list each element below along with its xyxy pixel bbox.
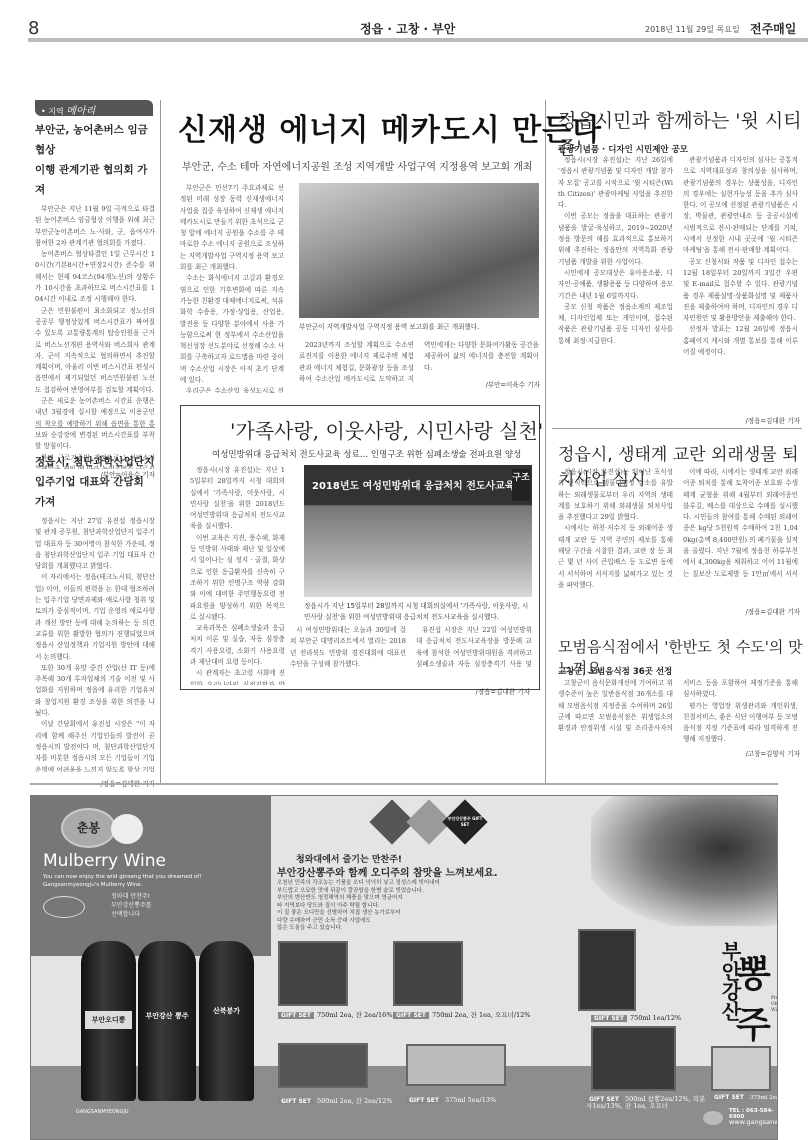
gift-set-3-label: GIFT SET750ml 1ea/12% [591,1014,681,1022]
premium-label: Premium Ohdi Wine [771,996,778,1014]
column-divider [160,100,161,785]
boxed-subheadline: 여성민방위대 응급처치 전도사교육 성료… 인명구조 위한 심폐소생술 전파요원… [212,448,521,460]
divider [35,427,155,428]
gift-set-1-label: GIFT SET750ml 2ea, 잔 2ea/16% [278,1010,393,1019]
ad-website-link[interactable]: www.gangsanwine.com [729,1118,778,1126]
kicker-italic: 메아리 [66,106,95,117]
ad-left-blurb: 청와대 만찬주! 부안강산뽕주를 선택합니다 [111,892,152,919]
training-banner: 2018년도 여성민방위대 응급처치 전도사교육 [312,477,515,492]
gift-set-7-label: GIFT SET375ml 2ea/13% [711,1094,778,1101]
gift-set-6-label: GIFT SET500ml 참뽕2ea/12%, 복분자1ea/13%, 잔 1… [586,1096,706,1110]
right-subheadline: 고창군, 모범음식점 36곳 선정 [558,665,672,677]
boxed-headline: '가족사랑, 이웃사랑, 시민사랑 실천' [230,415,543,444]
wine-bottle: 산북봉가 [199,941,254,1101]
blue-house-emblem-icon [43,896,85,918]
mulberry-fruit-image [591,796,778,926]
headline-line2: 이행 관계기관 협의회 가져 [35,160,155,200]
headline-line1: 정읍시, 첨단과학산업단지 [35,452,155,472]
ad-divider [30,783,778,785]
lead-subheadline: 부안군, 수소 테마 자연에너지공원 조성 지역개발 사업구역 지정용역 보고회… [182,158,533,173]
gift-set-2-image [393,941,463,1006]
article-science-park: 정읍시, 첨단과학산업단지 입주기업 대표와 간담회 가져 정읍시는 지난 27… [35,452,155,788]
right-article3-body: 고창군이 음식문화개선에 기여하고 위생수준이 높은 일반음식점 36개소를 대… [558,678,798,746]
gift-set-3-image [578,929,636,1011]
gift-set-7-image [711,1046,771,1091]
byline: /정읍=김대완 기자 [700,415,800,425]
boxed-body: 정읍시(시장 유진섭)는 지난 15일부터 28일까지 시청 대회의실에서 '가… [190,465,285,685]
newspaper-name: 전주매일 [750,20,796,37]
boxed-body-continued: 시 여성민방위대는 오늘과 30일에 걸쳐 부안군 대명리조트에서 열리는 20… [290,625,532,685]
byline: /고창=김양식 기자 [700,748,800,758]
kicker-badge: • 지역 메아리 [35,100,153,116]
company-seal-icon [703,1111,723,1125]
header-rule [28,38,808,42]
headline-line1: 부안군, 농어촌버스 임금협상 [35,120,155,160]
ad-tagline: You can now enjoy the wild ginseng that … [43,873,243,889]
ad-body-copy: 오천년 민족의 각조농는 기품을 오디 넉넉히 넣고 정성스레 빚어내어 부드럽… [277,880,537,933]
wine-bottle: 부안강산 뽕주 [138,941,196,1101]
mascot-icon [111,814,143,844]
article-body: 정읍시는 지난 27일 유진섭 정읍시장 및 관계 공무원, 첨단과학산업단지 … [35,516,155,772]
section-title: 정읍 · 고창 · 부안 [360,20,455,37]
gift-set-6-image [591,1026,676,1091]
gift-set-4-label: GIFT SET500ml 2ea, 잔 2ea/12% [278,1096,393,1105]
article-body: 부안군은 지난 11월 9일 극적으로 타결된 농어촌버스 임금협상 이행을 위… [35,204,155,469]
lead-body: 부안군은 민선7기 주요과제로 선정된 미래 성장 동력 신재생에너지 사업을 … [180,183,284,393]
right-article2-body: 정읍시(시장 유진섭)는 뛰어난 포식성과 번식력으로 생물다양성 감소를 유발… [558,467,798,595]
kicker-small: 지역 [48,107,63,116]
byline: /부안=이육수 기자 [440,379,540,389]
gift-set-5-label: GIFT SET375ml 5ea/13% [406,1096,496,1104]
ad-headline-2: 부안강산뽕주와 함께 오디주의 참맛을 느껴보세요. [277,864,498,879]
meeting-photo [299,183,539,318]
right-article1-body: 정읍시(시장 유진섭)는 지난 26일에 '정읍시 관광기념품 및 디자인 개발… [558,155,798,373]
ad-product-name: Mulberry Wine [43,851,166,871]
divider [552,428,802,429]
training-photo: 2018년도 여성민방위대 응급처치 전도사교육 구조 [304,465,532,597]
right-subheadline: 관광기념품 · 디자인 시민제안 공모 [558,143,688,155]
issue-date: 2018년 11월 29일 목요일 [645,24,740,35]
brand-badge-icon: 춘봉 [61,808,116,848]
ad-brand-panel: 춘봉 Mulberry Wine You can now enjoy the w… [31,796,271,956]
photo-caption: 부안군이 지역개발사업 구역지정 용역 보고회를 최근 개최했다. [299,322,539,333]
gift-set-1-image [278,941,348,1006]
page-number: 8 [28,18,39,39]
lead-headline: 신재생 에너지 메카도시 만든다 [178,105,602,149]
maker-logo: GANGSANMYEONGJU [76,1109,129,1115]
wine-bottle: 부안오디뽕 [81,941,136,1101]
gift-set-5-image [406,1044,506,1086]
article-bus-wage: 부안군, 농어촌버스 임금협상 이행 관계기관 협의회 가져 부안군은 지난 1… [35,120,155,479]
headline-line2: 입주기업 대표와 간담회 가져 [35,472,155,512]
column-divider [545,100,546,785]
gift-set-2-label: GIFT SET750ml 2ea, 잔 1ea, 오프너/12% [393,1010,530,1019]
gift-set-diamond-label: 부안강산뽕주 GIFT SET [443,816,487,827]
training-banner-side: 구조 [512,469,530,501]
advertisement-mulberry-wine[interactable]: 춘봉 Mulberry Wine You can now enjoy the w… [30,795,778,1140]
byline: /정읍=김대완 기자 [700,606,800,616]
photo-caption: 정읍시가 지난 15일부터 28일까지 시청 대회의실에서 '가족사랑, 이웃사… [304,601,532,623]
byline: /정읍=김대완 기자 [430,686,530,696]
gift-set-4-image [278,1043,368,1088]
